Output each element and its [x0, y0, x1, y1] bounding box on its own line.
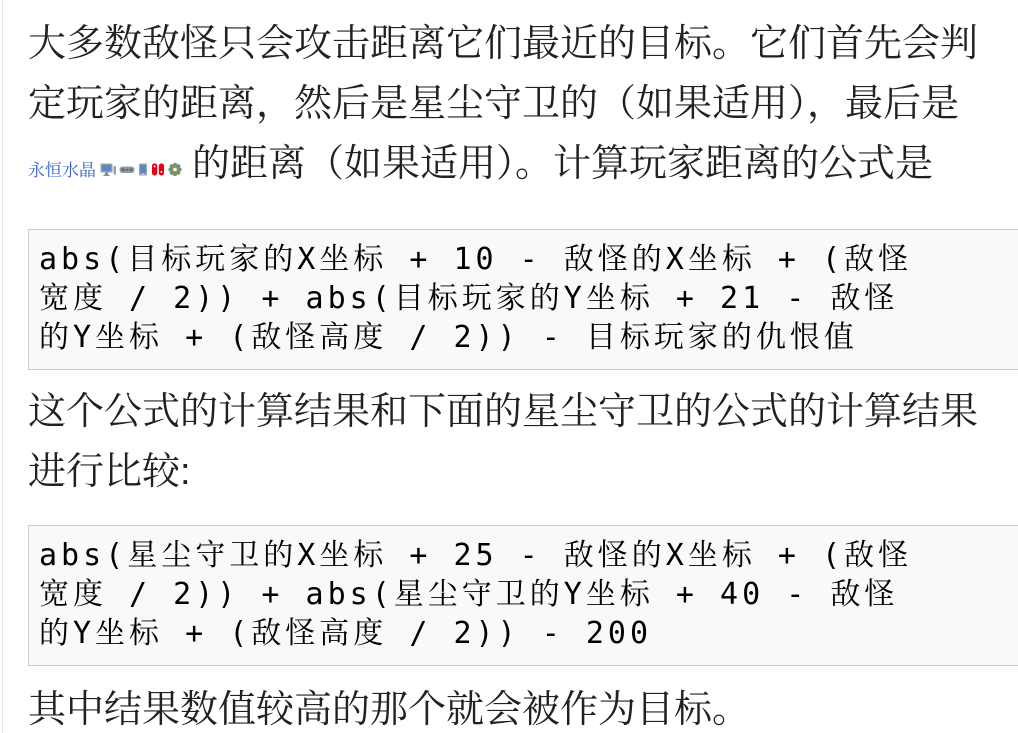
- platform-version-icons: [100, 163, 182, 176]
- player-distance-formula-block: abs(目标玩家的X坐标 + 10 - 敌怪的X坐标 + (敌怪宽度 / 2))…: [28, 229, 1018, 370]
- article-content: 大多数敌怪只会攻击距离它们最近的目标。它们首先会判 定玩家的距离，然后是星尘守卫…: [0, 14, 1018, 733]
- code-line: abs(星尘守卫的X坐标 + 25 - 敌怪的X坐标 + (敌怪: [39, 536, 1017, 575]
- desktop-icon[interactable]: [100, 163, 116, 176]
- eternia-crystal-link[interactable]: 永恒水晶: [28, 161, 96, 180]
- paragraph-line: 定玩家的距离，然后是星尘守卫的（如果适用），最后是: [28, 74, 1018, 134]
- paragraph-comparison: 这个公式的计算结果和下面的星尘守卫的公式的计算结果 进行比较:: [28, 382, 1018, 502]
- switch-icon[interactable]: [151, 163, 165, 176]
- paragraph-line-rest: 的距离（如果适用）。计算玩家距离的公式是: [192, 143, 933, 185]
- paragraph-line: 其中结果数值较高的那个就会被作为目标。: [28, 680, 1018, 733]
- mobile-icon[interactable]: [138, 163, 148, 176]
- paragraph-targeting-intro: 大多数敌怪只会攻击距离它们最近的目标。它们首先会判 定玩家的距离，然后是星尘守卫…: [28, 14, 1018, 201]
- paragraph-line: 永恒水晶: [28, 134, 1018, 201]
- paragraph-line: 大多数敌怪只会攻击距离它们最近的目标。它们首先会判: [28, 14, 1018, 74]
- code-line: 的Y坐标 + (敌怪高度 / 2)) - 200: [39, 614, 1017, 653]
- paragraph-line: 这个公式的计算结果和下面的星尘守卫的公式的计算结果: [28, 382, 1018, 442]
- tmodloader-icon[interactable]: [168, 163, 182, 176]
- console-icon[interactable]: [119, 163, 135, 176]
- code-line: 的Y坐标 + (敌怪高度 / 2)) - 目标玩家的仇恨值: [39, 318, 1017, 357]
- code-line: 宽度 / 2)) + abs(目标玩家的Y坐标 + 21 - 敌怪: [39, 279, 1017, 318]
- content-left-rule: [2, 0, 3, 733]
- paragraph-line: 进行比较:: [28, 442, 1018, 502]
- stardust-guardian-formula-block: abs(星尘守卫的X坐标 + 25 - 敌怪的X坐标 + (敌怪宽度 / 2))…: [28, 525, 1018, 666]
- code-line: abs(目标玩家的X坐标 + 10 - 敌怪的X坐标 + (敌怪: [39, 240, 1017, 279]
- code-line: 宽度 / 2)) + abs(星尘守卫的Y坐标 + 40 - 敌怪: [39, 575, 1017, 614]
- paragraph-result: 其中结果数值较高的那个就会被作为目标。: [28, 680, 1018, 733]
